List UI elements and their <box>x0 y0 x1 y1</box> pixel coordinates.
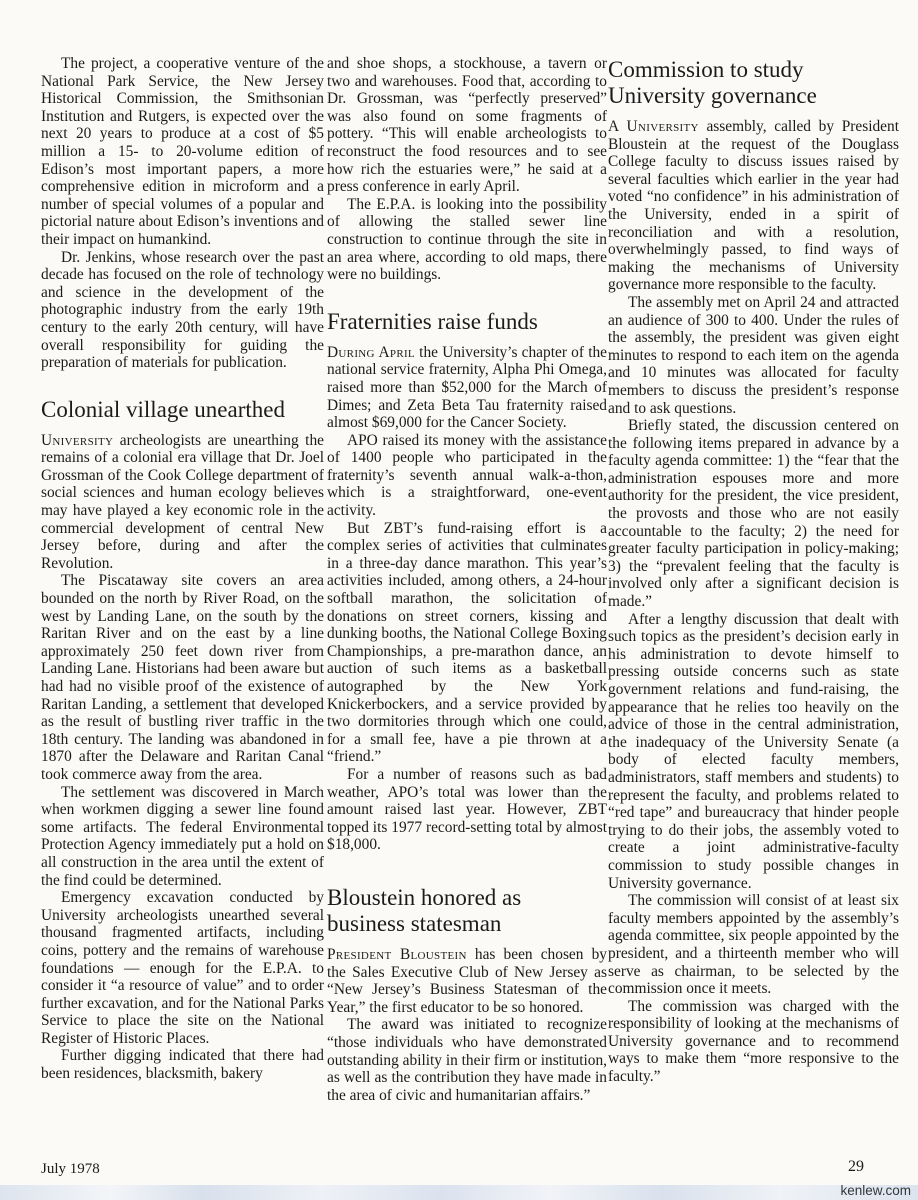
paragraph-consist: The commission will consist of at least … <box>608 892 899 998</box>
smallcaps-lead: President Bloustein <box>327 946 467 963</box>
paragraph-jenkins: Dr. Jenkins, whose research over the pas… <box>41 249 324 372</box>
smallcaps-lead: University <box>41 432 113 449</box>
paragraph-items: Briefly stated, the discussion centered … <box>608 417 899 611</box>
paragraph-colonial: University archeologists are unearthing … <box>41 432 324 573</box>
paragraph-award: The award was initiated to recognize “th… <box>327 1016 607 1104</box>
paragraph-project: The project, a cooperative venture of th… <box>41 55 324 249</box>
section-heading-fraternities: Fraternities raise funds <box>327 309 607 335</box>
paragraph-totals: For a number of reasons such as bad weat… <box>327 766 607 854</box>
paragraph-fraternities: During April the University’s chapter of… <box>327 344 607 432</box>
paragraph-apo: APO raised its money with the assistance… <box>327 432 607 520</box>
column-3: Commission to study University governanc… <box>608 55 899 1086</box>
paragraph-zbt: But ZBT’s fund-raising effort is a compl… <box>327 520 607 766</box>
paragraph-shoe-shops: and shoe shops, a stockhouse, a tavern o… <box>327 55 607 196</box>
paragraph-bloustein: President Bloustein has been chosen by t… <box>327 946 607 1016</box>
scan-edge-band <box>0 1185 918 1200</box>
paragraph-assembly: The assembly met on April 24 and attract… <box>608 294 899 417</box>
section-heading-commission: Commission to study University governanc… <box>608 57 850 109</box>
paragraph-text: assembly, called by President Bloustein … <box>608 118 899 293</box>
paragraph-piscataway: The Piscataway site covers an area bound… <box>41 572 324 783</box>
footer-issue-date: July 1978 <box>41 1160 100 1178</box>
watermark: kenlew.com <box>840 1183 911 1198</box>
paragraph-digging: Further digging indicated that there had… <box>41 1047 324 1082</box>
paragraph-discussion: After a lengthy discussion that dealt wi… <box>608 611 899 893</box>
column-2: and shoe shops, a stockhouse, a tavern o… <box>327 55 607 1104</box>
page-number: 29 <box>848 1157 864 1177</box>
section-heading-bloustein: Bloustein honored as business statesman <box>327 885 565 937</box>
column-1: The project, a cooperative venture of th… <box>41 55 324 1083</box>
paragraph-excavation: Emergency excavation conducted by Univer… <box>41 889 324 1047</box>
smallcaps-lead: During April <box>327 344 415 361</box>
paragraph-epa: The E.P.A. is looking into the possibili… <box>327 196 607 284</box>
smallcaps-lead: A University <box>608 118 699 135</box>
section-heading-colonial-village: Colonial village unearthed <box>41 397 324 423</box>
paragraph-charged: The commission was charged with the resp… <box>608 998 899 1086</box>
paragraph-governance: A University assembly, called by Preside… <box>608 118 899 294</box>
paragraph-settlement: The settlement was discovered in March w… <box>41 784 324 890</box>
paragraph-text: archeologists are unearthing the remains… <box>41 432 324 572</box>
magazine-page: The project, a cooperative venture of th… <box>0 0 918 1200</box>
